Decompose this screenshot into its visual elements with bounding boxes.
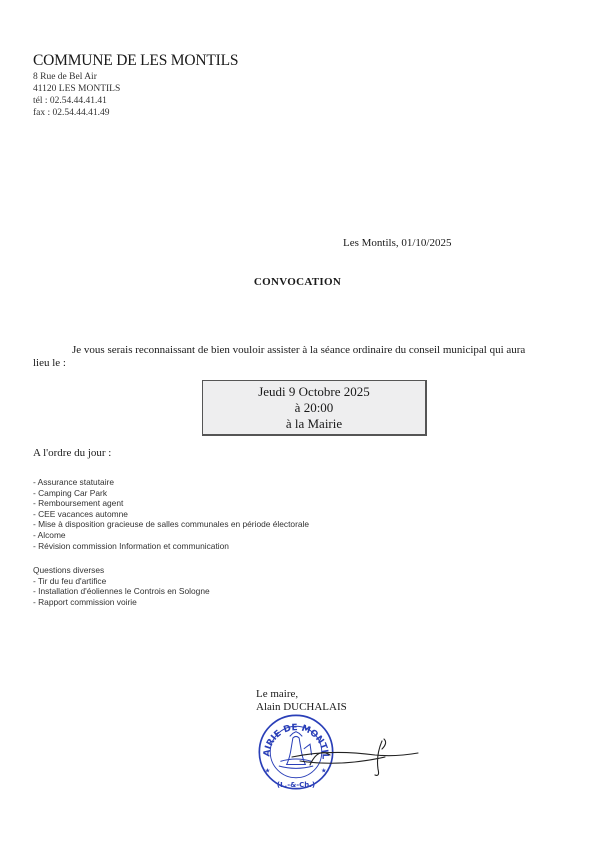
address-city: 41120 LES MONTILS bbox=[33, 83, 120, 95]
questions-heading: Questions diverses bbox=[33, 565, 210, 576]
organization-name: COMMUNE DE LES MONTILS bbox=[33, 52, 238, 70]
address-street: 8 Rue de Bel Air bbox=[33, 71, 97, 83]
mayor-signature-icon bbox=[290, 735, 420, 780]
meeting-date: Jeudi 9 Octobre 2025 bbox=[258, 384, 370, 400]
question-item: - Tir du feu d'artifice bbox=[33, 576, 210, 587]
agenda-item: - CEE vacances automne bbox=[33, 509, 309, 520]
meeting-location: à la Mairie bbox=[286, 416, 342, 432]
stamp-text-bottom: (L.-&-Ch.) bbox=[277, 780, 315, 789]
agenda-list: - Assurance statutaire - Camping Car Par… bbox=[33, 477, 309, 551]
question-item: - Rapport commission voirie bbox=[33, 597, 210, 608]
agenda-item: - Révision commission Information et com… bbox=[33, 541, 309, 552]
intro-text-line-1: Je vous serais reconnaissant de bien vou… bbox=[72, 344, 525, 356]
questions-list: Questions diverses - Tir du feu d'artifi… bbox=[33, 565, 210, 607]
place-date: Les Montils, 01/10/2025 bbox=[343, 237, 451, 249]
svg-text:★: ★ bbox=[265, 767, 271, 774]
meeting-time: à 20:00 bbox=[295, 400, 334, 416]
document-title: CONVOCATION bbox=[0, 276, 595, 288]
agenda-item: - Camping Car Park bbox=[33, 488, 309, 499]
agenda-heading: A l'ordre du jour : bbox=[33, 447, 111, 459]
agenda-item: - Mise à disposition gracieuse de salles… bbox=[33, 519, 309, 530]
signer-title: Le maire, bbox=[256, 688, 298, 700]
address-fax: fax : 02.54.44.41.49 bbox=[33, 107, 110, 119]
intro-text-line-2: lieu le : bbox=[33, 357, 66, 369]
meeting-details-box: Jeudi 9 Octobre 2025 à 20:00 à la Mairie bbox=[202, 380, 427, 436]
address-phone: tél : 02.54.44.41.41 bbox=[33, 95, 107, 107]
agenda-item: - Assurance statutaire bbox=[33, 477, 309, 488]
agenda-item: - Alcome bbox=[33, 530, 309, 541]
question-item: - Installation d'éoliennes le Controis e… bbox=[33, 586, 210, 597]
agenda-item: - Remboursement agent bbox=[33, 498, 309, 509]
signer-name: Alain DUCHALAIS bbox=[256, 701, 347, 713]
